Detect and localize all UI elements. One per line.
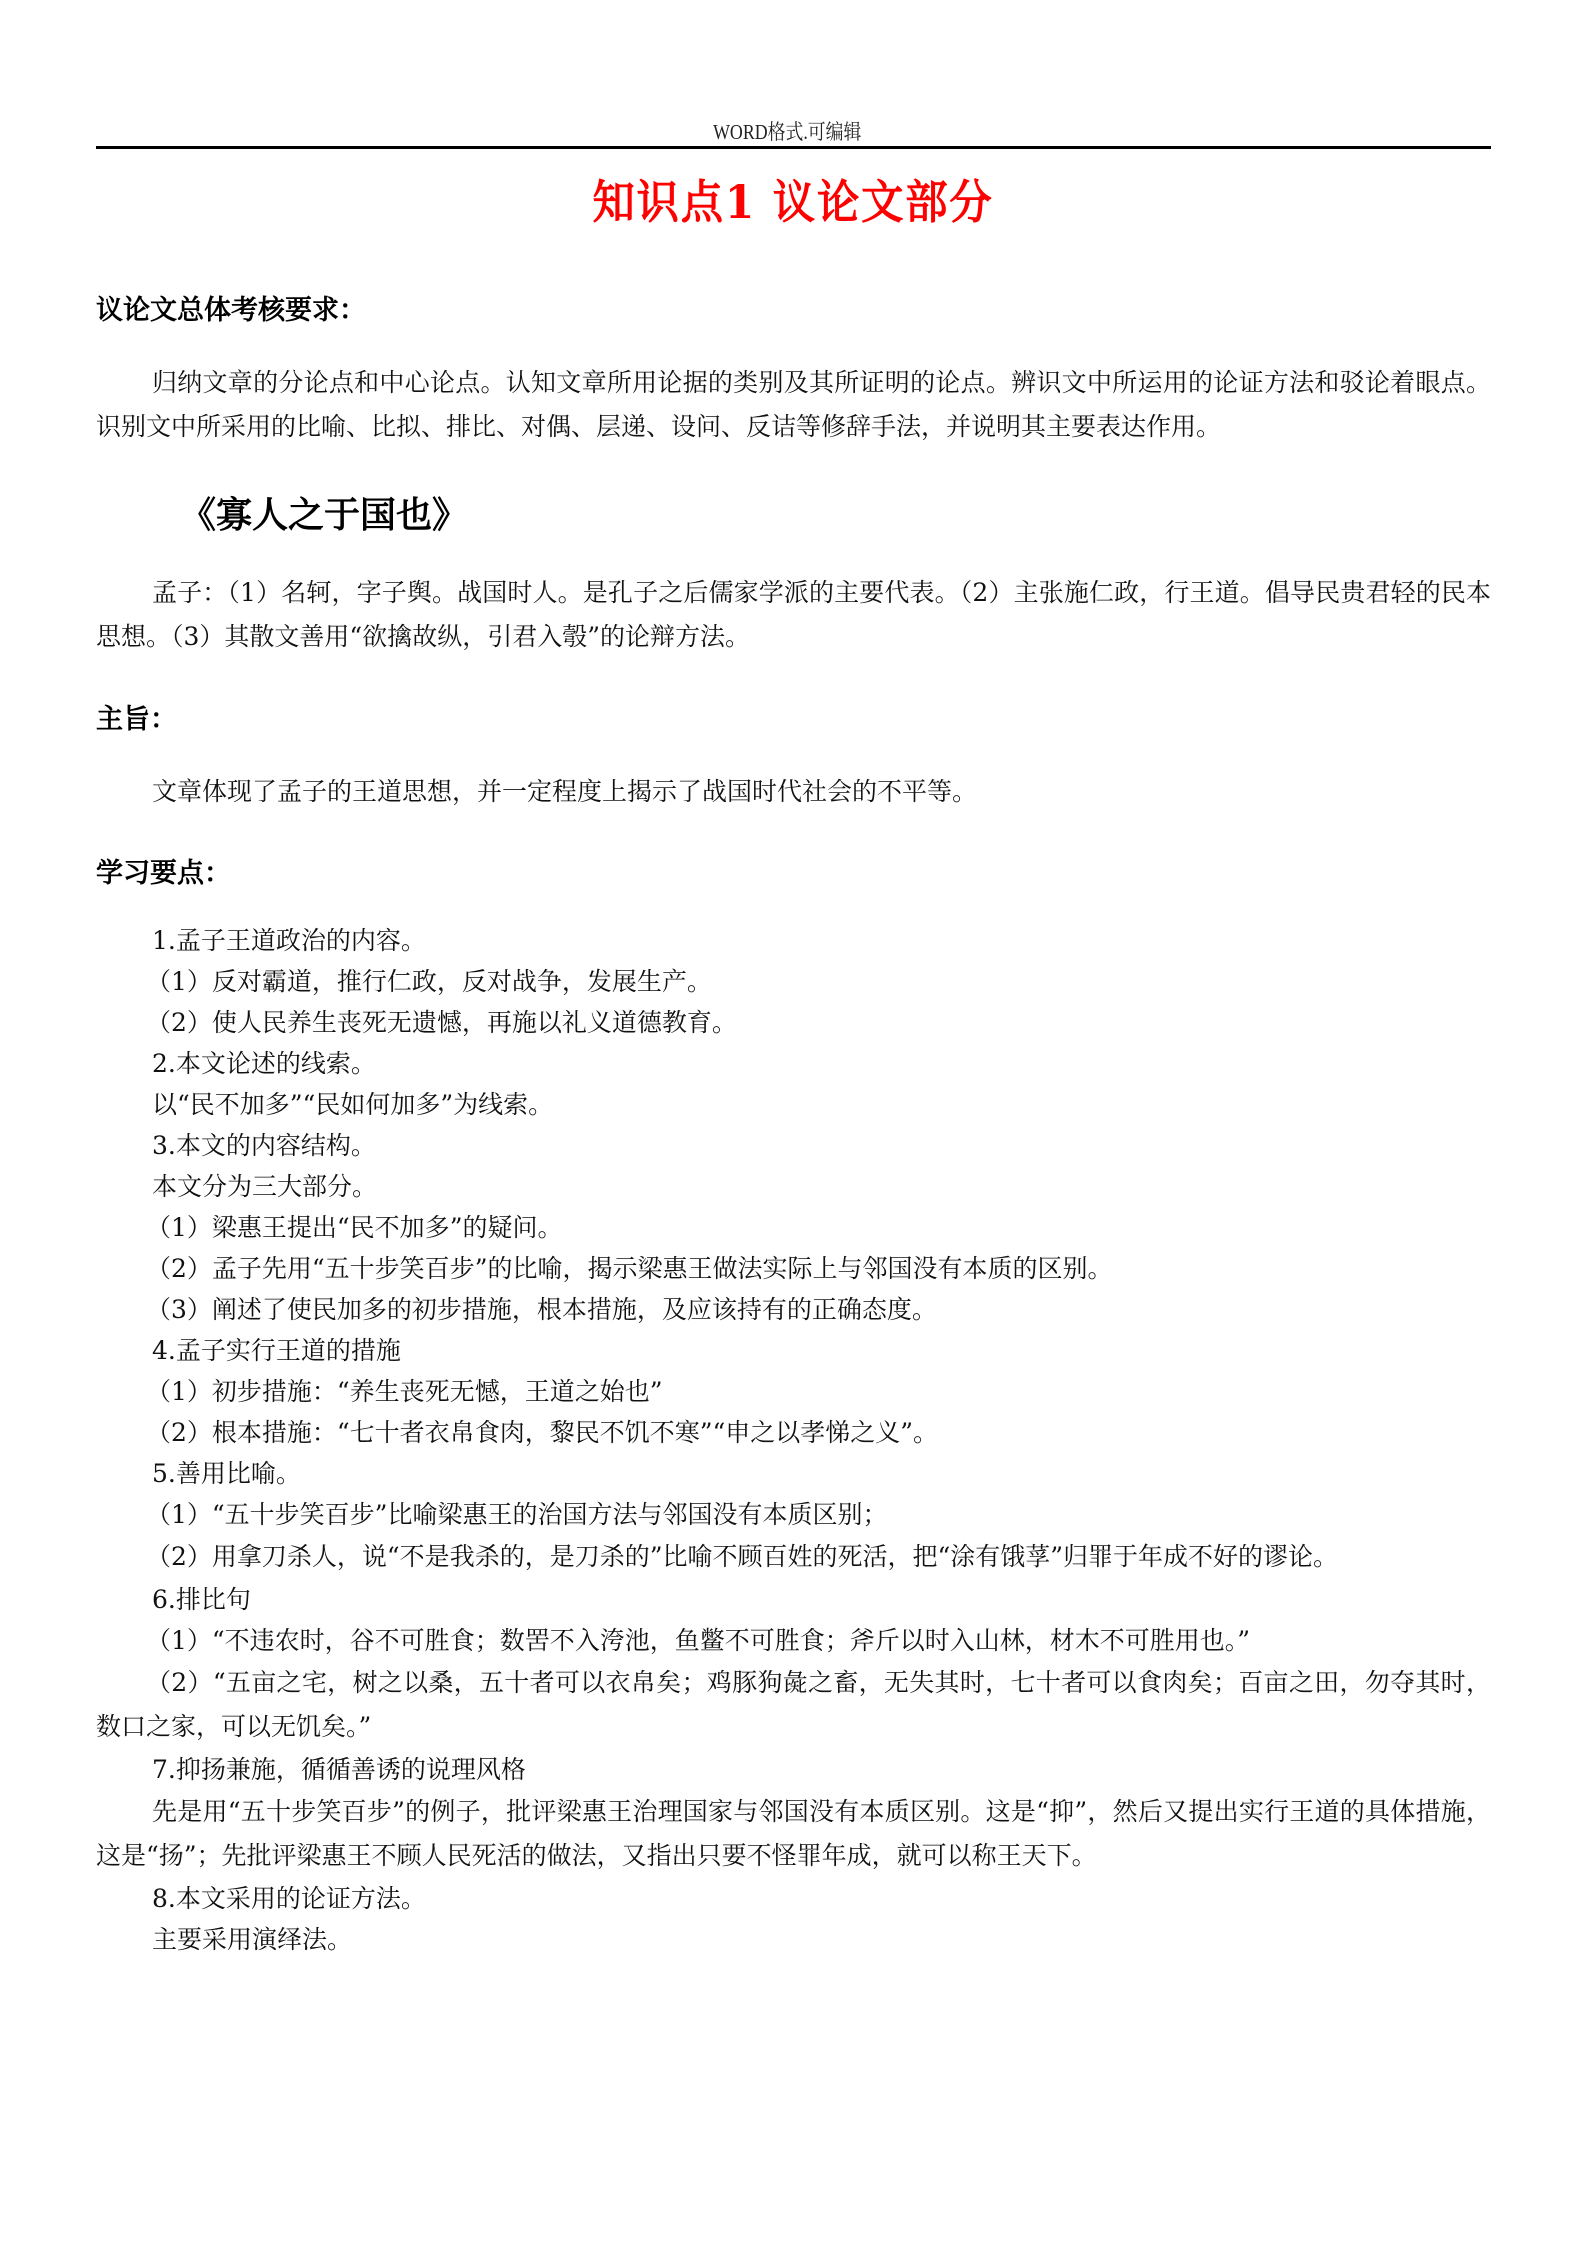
document-title: 知识点1 议论文部分: [0, 166, 1587, 232]
header-label: WORD格式.可编辑: [713, 116, 861, 146]
point-heading: 5.善用比喻。: [96, 1453, 1491, 1494]
point-item: （3）阐述了使民加多的初步措施，根本措施，及应该持有的正确态度。: [96, 1289, 1491, 1330]
key-points-heading: 学习要点：: [96, 851, 231, 890]
theme-heading: 主旨：: [96, 697, 177, 736]
point-item: （1）初步措施：“养生丧死无憾，王道之始也”: [96, 1371, 1491, 1412]
point-item: （1）反对霸道，推行仁政，反对战争，发展生产。: [96, 961, 1491, 1002]
point-item: （2）使人民养生丧死无遗憾，再施以礼义道德教育。: [96, 1002, 1491, 1043]
point-item: （2）根本措施：“七十者衣帛食肉，黎民不饥不寒”“申之以孝悌之义”。: [96, 1412, 1491, 1453]
point-item: 以“民不加多”“民如何加多”为线索。: [96, 1084, 1491, 1125]
point-heading: 1.孟子王道政治的内容。: [96, 920, 1491, 961]
point-item: 主要采用演绎法。: [96, 1919, 1491, 1960]
point-item: （1）“五十步笑百步”比喻梁惠王的治国方法与邻国没有本质区别；: [96, 1494, 1491, 1535]
document-title-text: 知识点1 议论文部分: [593, 166, 994, 232]
point-heading: 8.本文采用的论证方法。: [96, 1878, 1491, 1919]
point-heading: 7.抑扬兼施，循循善诱的说理风格: [96, 1749, 1491, 1790]
point-heading: 4.孟子实行王道的措施: [96, 1330, 1491, 1371]
point-item: （1）梁惠王提出“民不加多”的疑问。: [96, 1207, 1491, 1248]
header-divider: [96, 146, 1491, 149]
point-heading: 3.本文的内容结构。: [96, 1125, 1491, 1166]
point-item: 先是用“五十步笑百步”的例子，批评梁惠王治理国家与邻国没有本质区别。这是“抑”，…: [96, 1790, 1491, 1878]
point-heading: 6.排比句: [96, 1579, 1491, 1620]
point-item: （2）“五亩之宅，树之以桑，五十者可以衣帛矣；鸡豚狗彘之畜，无失其时，七十者可以…: [96, 1661, 1491, 1749]
key-points-list: 1.孟子王道政治的内容。 （1）反对霸道，推行仁政，反对战争，发展生产。 （2）…: [96, 920, 1491, 1960]
point-item: 本文分为三大部分。: [96, 1166, 1491, 1207]
requirements-heading: 议论文总体考核要求：: [96, 288, 366, 327]
author-intro: 孟子：（1）名轲，字子舆。战国时人。是孔子之后儒家学派的主要代表。（2）主张施仁…: [96, 571, 1491, 659]
point-item: （1）“不违农时，谷不可胜食；数罟不入洿池，鱼鳖不可胜食；斧斤以时入山林，材木不…: [96, 1620, 1491, 1661]
page-header: WORD格式.可编辑: [0, 116, 1587, 146]
requirements-body: 归纳文章的分论点和中心论点。认知文章所用论据的类别及其所证明的论点。辨识文中所运…: [96, 361, 1491, 449]
article-title: 《寡人之于国也》: [180, 487, 468, 538]
theme-body: 文章体现了孟子的王道思想，并一定程度上揭示了战国时代社会的不平等。: [96, 770, 1491, 814]
point-heading: 2.本文论述的线索。: [96, 1043, 1491, 1084]
point-item: （2）用拿刀杀人，说“不是我杀的，是刀杀的”比喻不顾百姓的死活，把“涂有饿莩”归…: [96, 1535, 1491, 1579]
point-item: （2）孟子先用“五十步笑百步”的比喻，揭示梁惠王做法实际上与邻国没有本质的区别。: [96, 1248, 1491, 1289]
